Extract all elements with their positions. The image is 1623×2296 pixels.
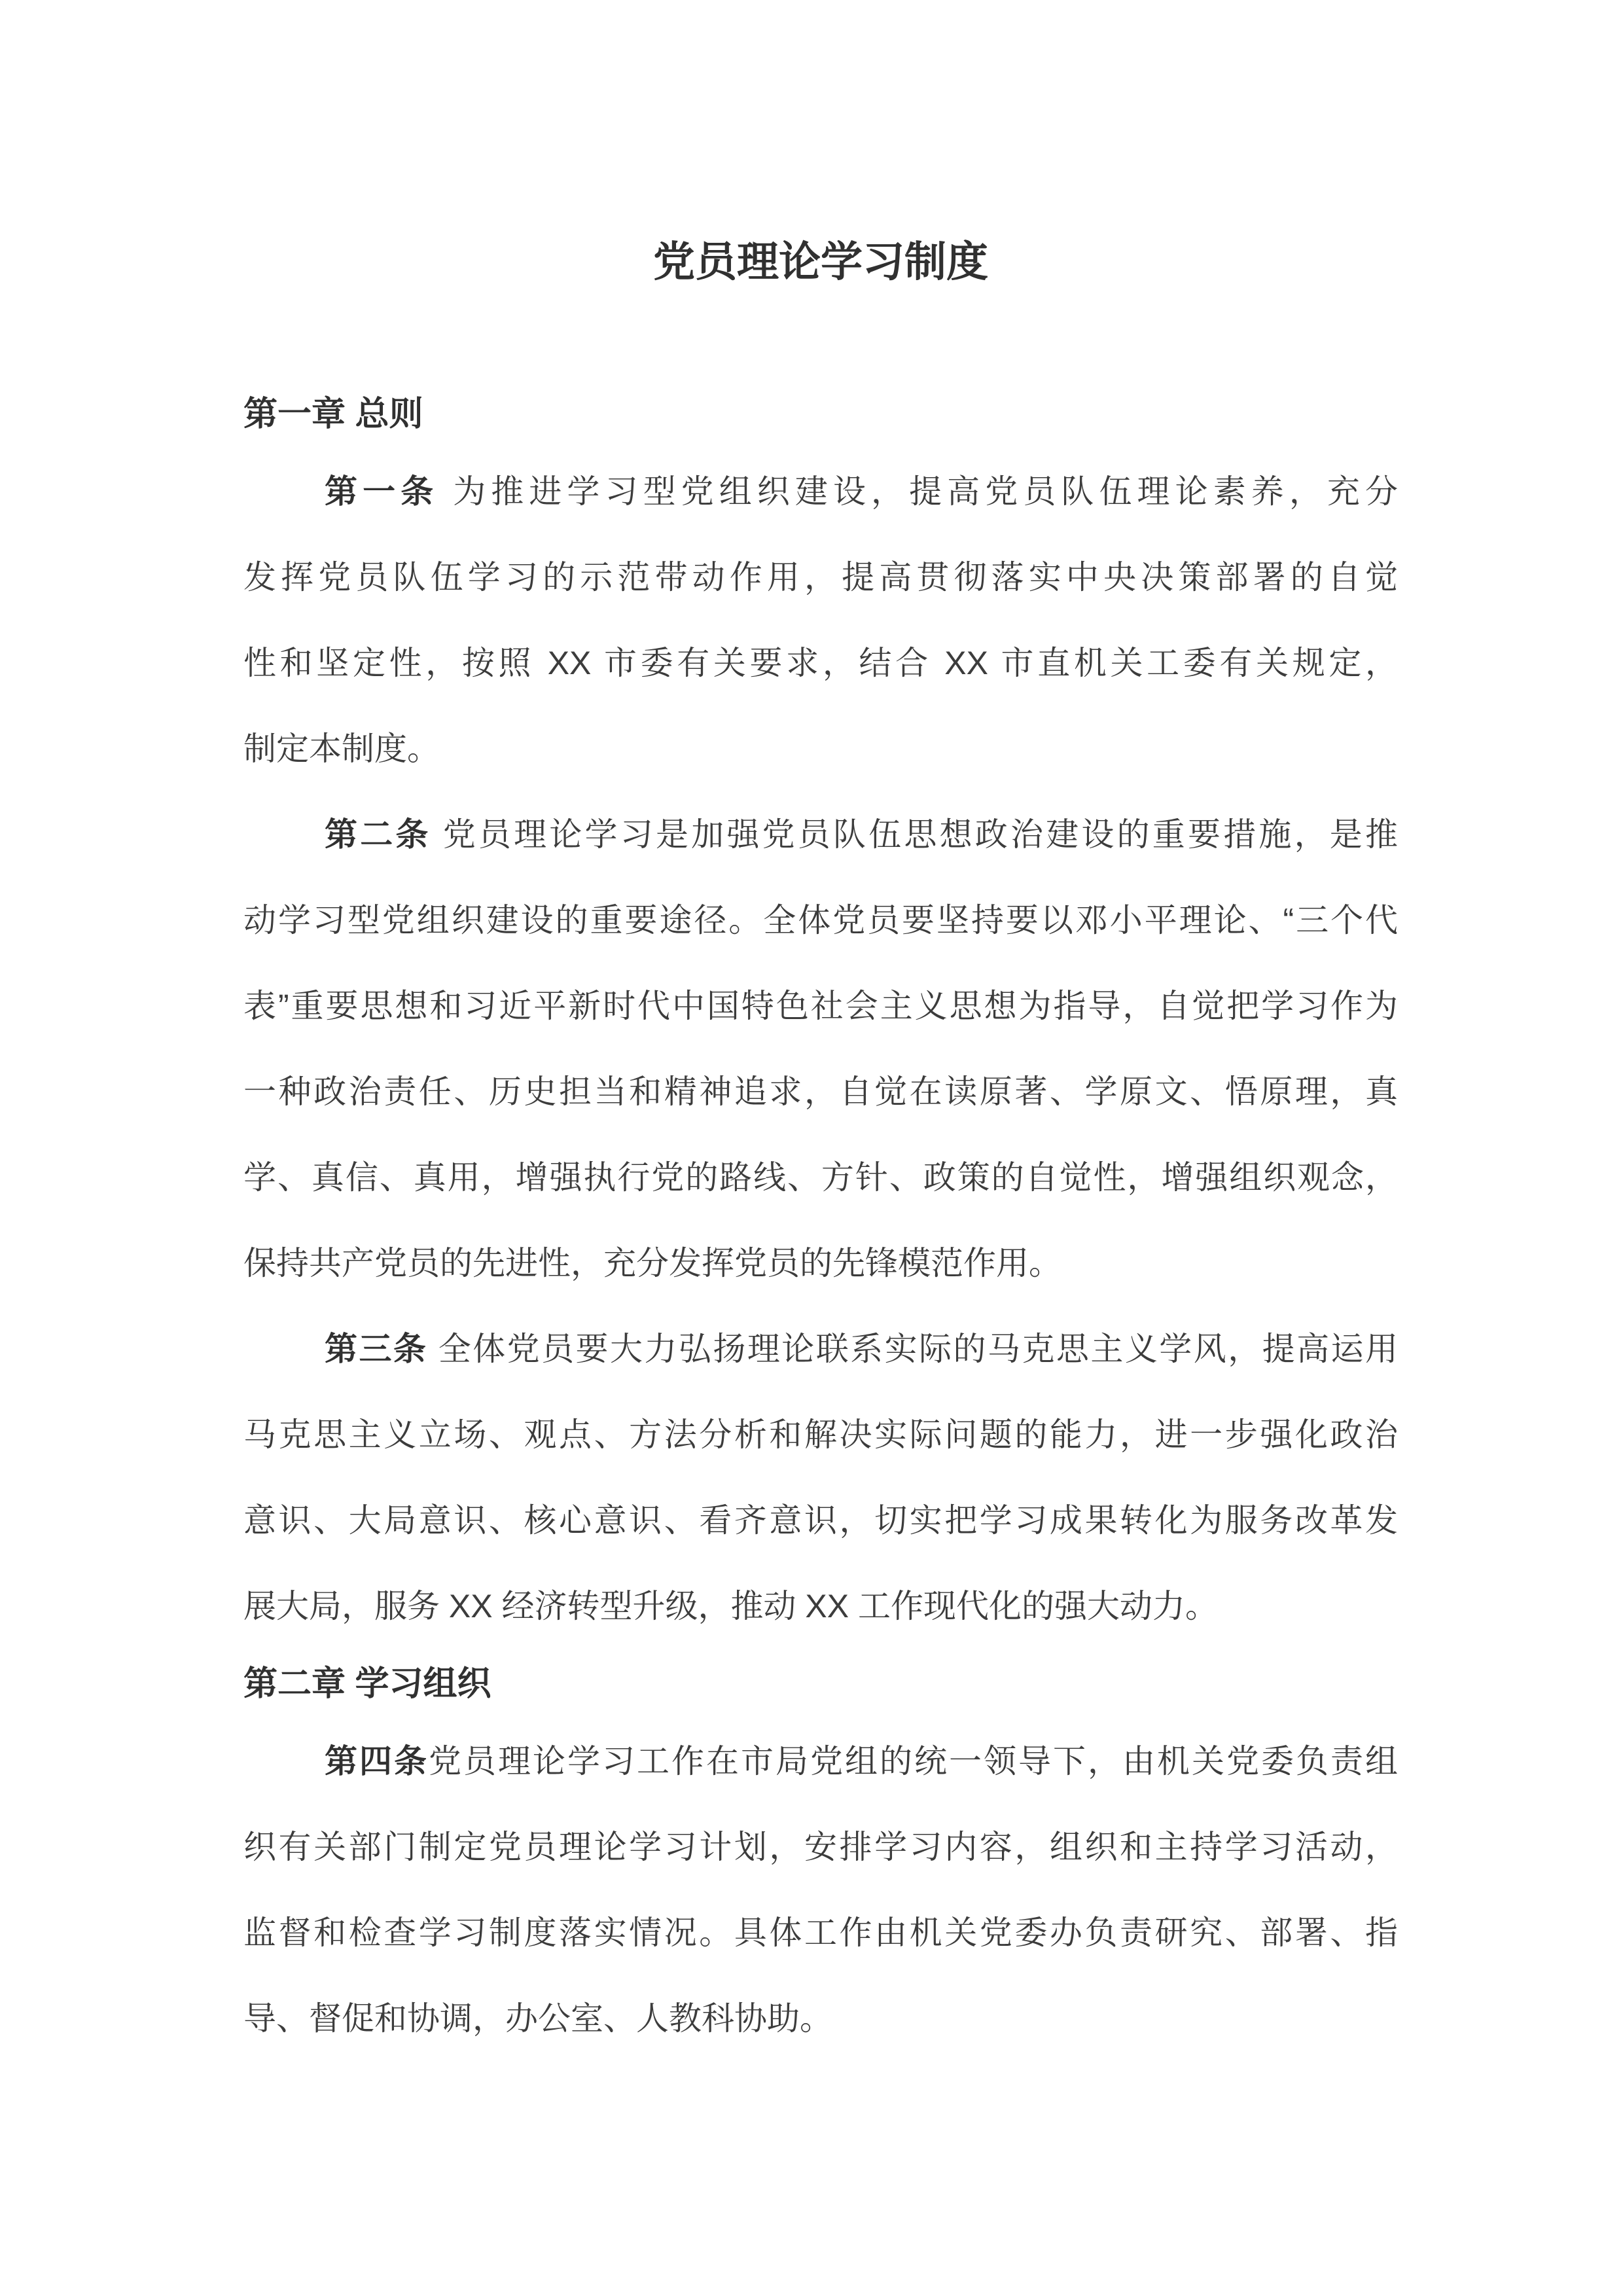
document-line: 学、真信、真用，增强执行党的路线、方针、政策的自觉性，增强组织观念， [243,1135,1398,1221]
section: 第一章 总则第一条 为推进学习型党组织建设，提高党员队伍理论素养，充分发挥党员队… [243,380,1398,1649]
article-paragraph: 第一条 为推进学习型党组织建设，提高党员队伍理论素养，充分发挥党员队伍学习的示范… [243,449,1398,792]
document-line: 第三条 全体党员要大力弘扬理论联系实际的马克思主义学风，提高运用 [243,1306,1398,1392]
article-paragraph: 第四条党员理论学习工作在市局党组的统一领导下，由机关党委负责组织有关部门制定党员… [243,1719,1398,2062]
document-line: 动学习型党组织建设的重要途径。全体党员要坚持要以邓小平理论、“三个代 [243,878,1398,963]
document-line: 第一条 为推进学习型党组织建设，提高党员队伍理论素养，充分 [243,449,1398,535]
article-label: 第四条 [325,1743,429,1780]
section: 第二章 学习组织第四条党员理论学习工作在市局党组的统一领导下，由机关党委负责组织… [243,1649,1398,2062]
article-label: 第二条 [325,816,431,853]
document-line: 马克思主义立场、观点、方法分析和解决实际问题的能力，进一步强化政治 [243,1392,1398,1478]
article-label: 第三条 [325,1331,427,1367]
line-text: 党员理论学习是加强党员队伍思想政治建设的重要措施，是推 [431,816,1398,853]
document-line: 一种政治责任、历史担当和精神追求，自觉在读原著、学原文、悟原理，真 [243,1049,1398,1135]
line-text: 党员理论学习工作在市局党组的统一领导下，由机关党委负责组 [429,1743,1398,1780]
article-paragraph: 第二条 党员理论学习是加强党员队伍思想政治建设的重要措施，是推动学习型党组织建设… [243,792,1398,1306]
line-text: 全体党员要大力弘扬理论联系实际的马克思主义学风，提高运用 [427,1331,1398,1367]
document-line: 第二条 党员理论学习是加强党员队伍思想政治建设的重要措施，是推 [243,792,1398,878]
article-label: 第一条 [325,473,438,510]
document-line: 织有关部门制定党员理论学习计划，安排学习内容，组织和主持学习活动， [243,1804,1398,1890]
document-line: 发挥党员队伍学习的示范带动作用，提高贯彻落实中央决策部署的自觉 [243,535,1398,620]
document-line: 监督和检查学习制度落实情况。具体工作由机关党委办负责研究、部署、指 [243,1890,1398,1976]
document-line: 表”重要思想和习近平新时代中国特色社会主义思想为指导，自觉把学习作为 [243,963,1398,1049]
document-line: 制定本制度。 [243,706,1398,792]
section-heading: 第一章 总则 [243,380,1398,449]
document-sections: 第一章 总则第一条 为推进学习型党组织建设，提高党员队伍理论素养，充分发挥党员队… [243,380,1398,2062]
document-page: 党员理论学习制度 第一章 总则第一条 为推进学习型党组织建设，提高党员队伍理论素… [0,0,1623,2296]
document-line: 保持共产党员的先进性，充分发挥党员的先锋模范作用。 [243,1221,1398,1306]
article-paragraph: 第三条 全体党员要大力弘扬理论联系实际的马克思主义学风，提高运用马克思主义立场、… [243,1306,1398,1649]
section-heading: 第二章 学习组织 [243,1649,1398,1719]
document-line: 意识、大局意识、核心意识、看齐意识，切实把学习成果转化为服务改革发 [243,1478,1398,1564]
document-title: 党员理论学习制度 [243,232,1398,291]
document-line: 性和坚定性，按照 XX 市委有关要求，结合 XX 市直机关工委有关规定， [243,620,1398,706]
line-text: 为推进学习型党组织建设，提高党员队伍理论素养，充分 [438,473,1398,510]
document-line: 导、督促和协调，办公室、人教科协助。 [243,1976,1398,2062]
document-line: 展大局，服务 XX 经济转型升级，推动 XX 工作现代化的强大动力。 [243,1564,1398,1649]
document-line: 第四条党员理论学习工作在市局党组的统一领导下，由机关党委负责组 [243,1719,1398,1804]
